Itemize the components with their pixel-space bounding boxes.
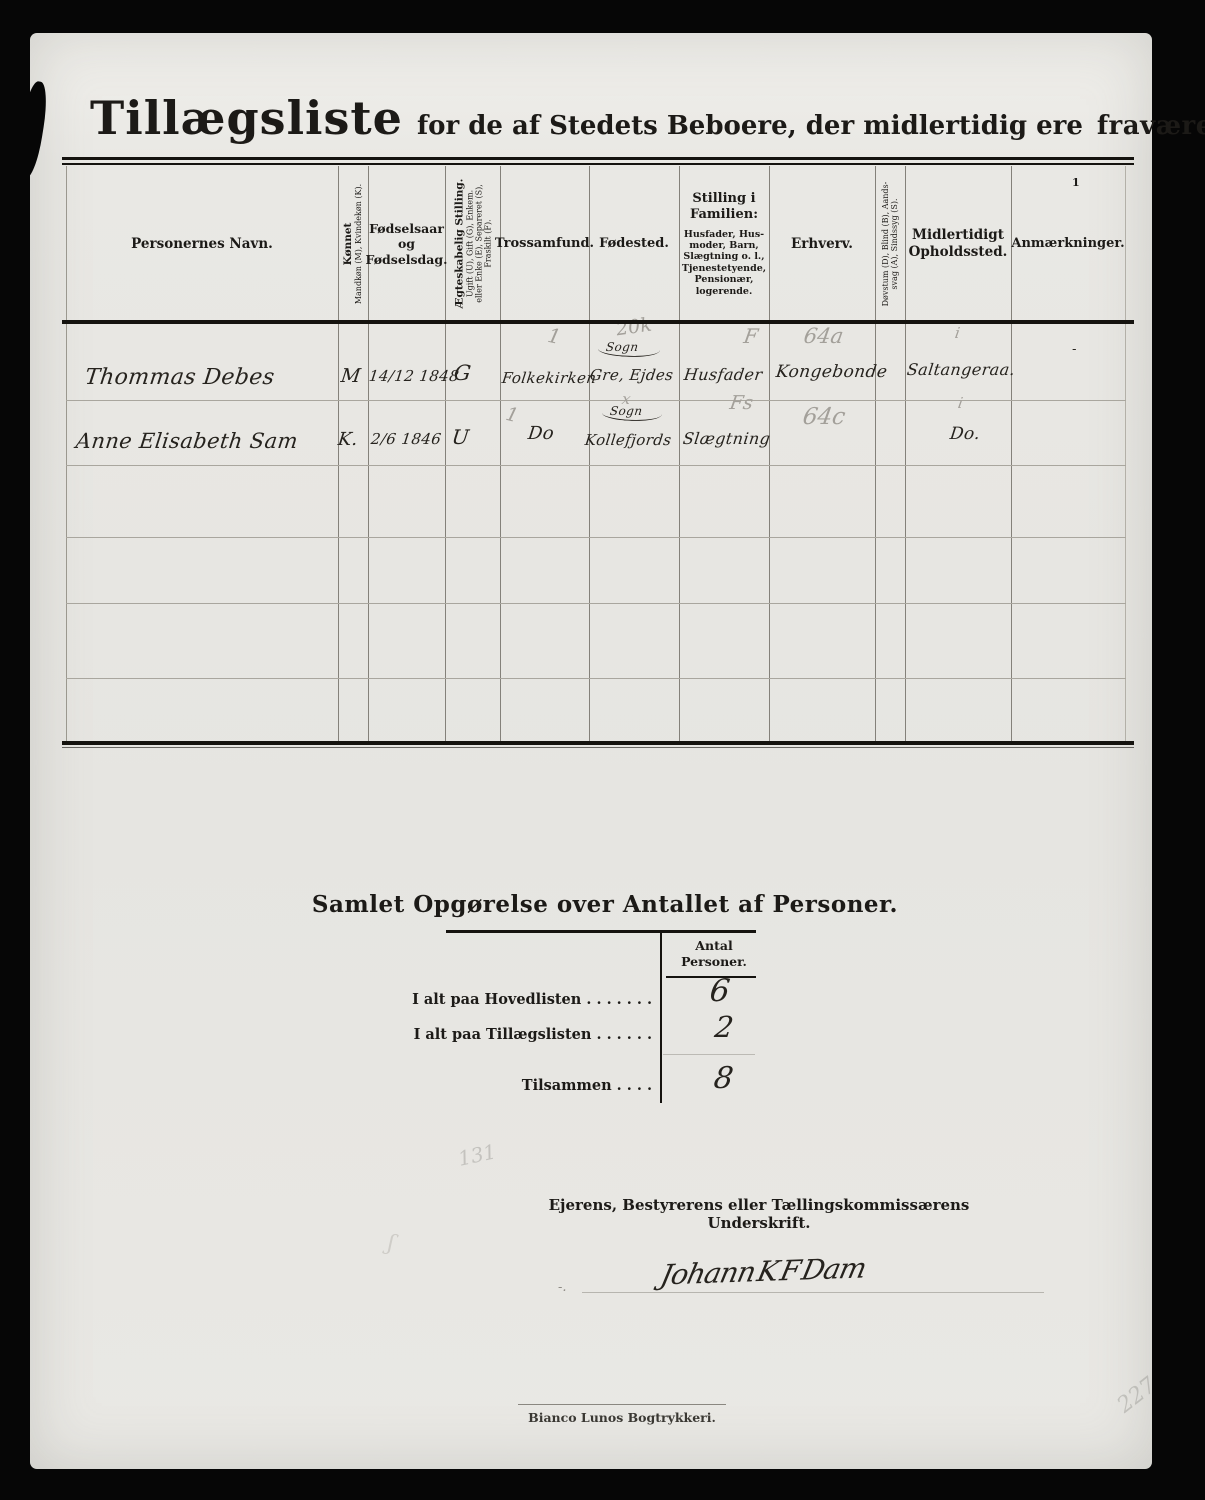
row-line-4 [66,603,1126,604]
header-foedselsaar: Fødselsaar og Fødselsdag. [368,166,445,322]
row-line-3 [66,537,1126,538]
row2-family: Slægtning [682,429,772,448]
row1-sogn-flourish [598,340,661,359]
summary-row-label-1: I alt paa Hovedlisten . . . . . . . [390,991,652,1008]
rule-top-thick [62,157,1134,160]
row2-sex: K. [337,429,360,450]
row2-faith: Do [527,423,556,444]
row1-pencil-birthplace: 20k [615,314,653,341]
title-subtitle: for de af Stedets Beboere, der midlertid… [417,111,1083,141]
summary-vertical-rule [660,930,662,1103]
header-stilling-sub: Husfader, Hus- moder, Barn, Slægtning o.… [682,229,766,297]
document-title: Tillægsliste for de af Stedets Beboere, … [90,91,1100,145]
row2-pencil-faith: 1 [504,403,521,427]
summary-value-2: 2 [713,1010,736,1044]
row2-pencil-occupation: 64c [801,404,847,430]
printer-rule [518,1404,726,1405]
title-main: Tillægsliste [90,91,403,145]
row2-name: Anne Elisabeth Sam [75,429,300,453]
row1-birthplace: Gre, Ejdes [589,366,675,384]
row1-faith: Folkekirken [501,369,598,387]
summary-col-header: Antal Personer. [670,938,758,971]
rule-top-thin [62,163,1134,165]
summary-value-3: 8 [712,1061,736,1096]
row1-family: Husfader [683,365,764,384]
header-doevstum-text: Døvstum (D), Blind (B), Aands- svag (A),… [881,182,899,307]
summary-row-label-2: I alt paa Tillægslisten . . . . . . [390,1026,652,1043]
document-page: Tillægsliste for de af Stedets Beboere, … [30,33,1152,1469]
summary-rule-top [446,930,756,933]
row-line-2 [66,465,1126,466]
header-aegteskabelig-sub: Ugift (U), Gift (G), Enkem. eller Enke (… [465,184,493,302]
printer-name: Bianco Lunos Bogtrykkeri. [488,1410,756,1425]
summary-value-1: 6 [708,973,733,1009]
row1-pencil-faith: 1 [546,323,563,349]
signature-line-dash: -. [558,1280,567,1295]
signature-name: Johann K F Dam [658,1251,869,1291]
row2-birth: 2/6 1846 [370,430,443,448]
row1-birth: 14/12 1848 [368,367,460,385]
summary-title: Samlet Opgørelse over Antallet af Person… [310,891,900,918]
row1-marital: G [453,361,473,385]
header-stilling-i-familien: Stilling i Familien: Husfader, Hus- mode… [679,166,769,322]
header-doevstum-vertical: Døvstum (D), Blind (B), Aands- svag (A),… [875,166,905,322]
header-koennet-title: Kønnet [342,223,354,266]
col-line-right [1125,166,1126,745]
header-opholdssted: Midlertidigt Opholdssted. [905,166,1011,322]
row1-occupation: Kongebonde [775,362,889,382]
header-anmaerkninger: Anmærkninger. [1011,166,1125,322]
header-koennet-sub: Mandkøn (M), Kvindekøn (K). [354,184,363,304]
table-bottom-rule [62,741,1134,745]
header-personernes-navn: Personernes Navn. [66,166,338,322]
header-aegteskabelig-title: Ægteskabelig Stilling. [453,179,465,309]
header-koennet-vertical: Kønnet Mandkøn (M), Kvindekøn (K). [338,166,368,322]
row1-name: Thommas Debes [83,365,276,390]
table-bottom-rule-echo [62,747,1134,748]
header-foedested: Fødested. [589,166,679,322]
header-separator-rule [62,320,1134,324]
row1-pencil-family: F [742,324,760,348]
row1-pencil-occupation: 64a [802,324,845,348]
row-line-1 [66,400,1126,401]
row2-pencil-residence: i [957,394,965,412]
title-emphasis: fraværende. [1097,111,1205,141]
header-trossamfund: Trossamfund. [500,166,589,322]
row1-residence: Saltangeraa. [906,360,1017,379]
summary-row-label-3: Tilsammen . . . . [390,1077,652,1094]
margin-artifact-squiggle: ʃ [386,1231,396,1257]
remarks-mark: 1 [1072,176,1080,189]
row2-birthplace: Kollefjords [584,431,673,449]
row2-pencil-family: Fs [728,392,754,414]
header-erhverv: Erhverv. [769,166,875,322]
row2-sogn-flourish [602,404,663,423]
census-table: Personernes Navn. Kønnet Mandkøn (M), Kv… [66,166,1126,745]
header-aegteskabelig-vertical: Ægteskabelig Stilling. Ugift (U), Gift (… [446,166,501,322]
row2-marital: U [451,425,471,449]
signature-caption: Ejerens, Bestyrerens eller Tællingskommi… [528,1196,990,1232]
signature-line [582,1292,1044,1293]
row1-pencil-residence: i [954,324,962,342]
margin-artifact-right: 227 [1113,1373,1161,1419]
corner-curl [13,80,50,180]
row-line-5 [66,678,1126,679]
row2-residence: Do. [949,424,982,444]
scan-background: Tillægsliste for de af Stedets Beboere, … [0,0,1205,1500]
header-stilling-title: Stilling i Familien: [690,191,758,224]
margin-artifact-left: 131 [456,1139,498,1170]
summary-faint-rule [663,1054,755,1055]
row1-remark-dot: - [1071,342,1078,357]
row1-sex: M [340,365,363,387]
